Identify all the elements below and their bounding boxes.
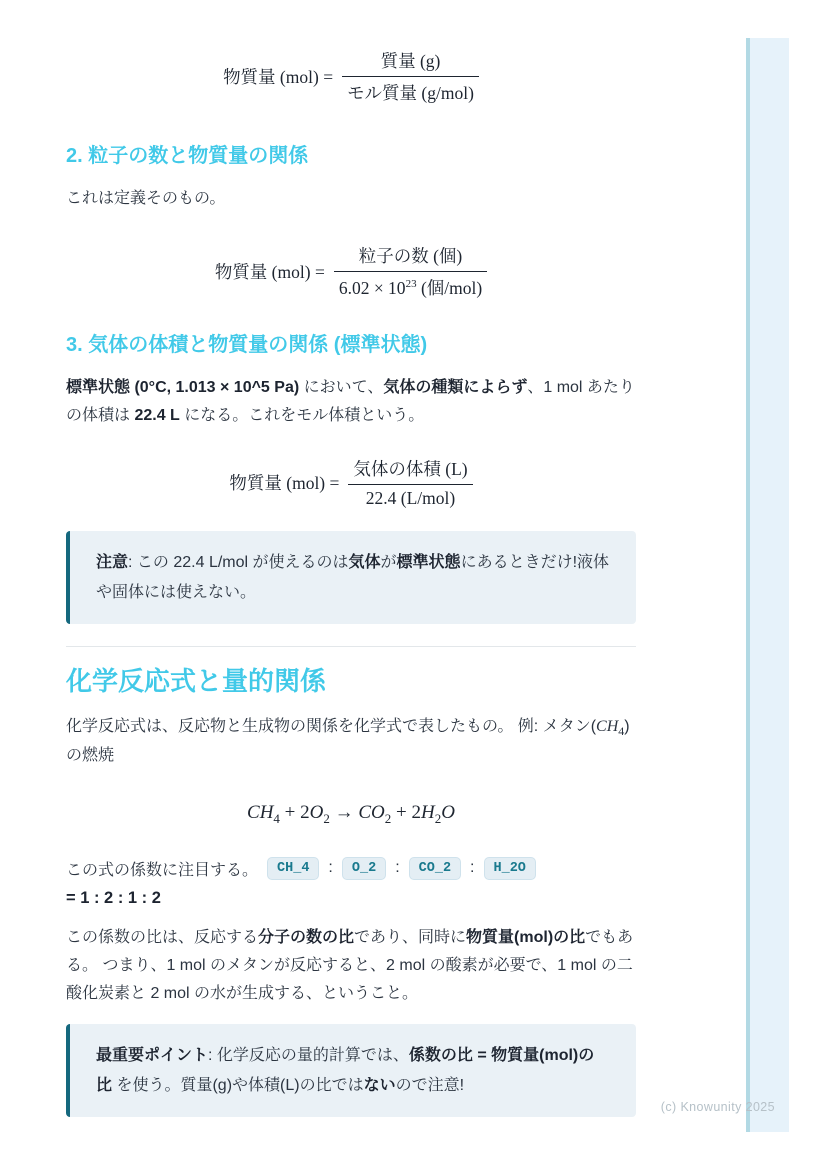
callout-key-point: 最重要ポイント: 化学反応の量的計算では、係数の比 = 物質量(mol)の比 を… <box>66 1024 636 1117</box>
formula-particles: 物質量 (mol) = 粒子の数 (個) 6.02 × 1023 (個/mol) <box>66 243 636 300</box>
section-heading-gas-volume: 3. 気体の体積と物質量の関係 (標準状態) <box>66 332 636 358</box>
numerator: 粒子の数 (個) <box>334 243 487 271</box>
callout-note: 注意: この 22.4 L/mol が使えるのは気体が標準状態にあるときだけ!液… <box>66 531 636 624</box>
formula-mass: 物質量 (mol) = 質量 (g) モル質量 (g/mol) <box>66 48 636 105</box>
footer-copyright: (c) Knowunity 2025 <box>661 1100 775 1114</box>
callout-note-text: 注意: この 22.4 L/mol が使えるのは気体が標準状態にあるときだけ!液… <box>96 548 610 607</box>
denominator: 6.02 × 1023 (個/mol) <box>334 271 487 300</box>
formula-lhs: 物質量 (mol) = <box>215 259 325 284</box>
fraction: 粒子の数 (個) 6.02 × 1023 (個/mol) <box>334 243 487 300</box>
code-badge-ch4: CH_4 <box>267 857 319 880</box>
callout-label: 注意 <box>96 554 128 571</box>
denominator: モル質量 (g/mol) <box>342 76 479 105</box>
formula-gas-volume: 物質量 (mol) = 気体の体積 (L) 22.4 (L/mol) <box>66 456 636 509</box>
ratio-separator: : <box>470 859 474 877</box>
paragraph-ratio-explanation: この係数の比は、反応する分子の数の比であり、同時に物質量(mol)の比でもある。… <box>66 924 636 1008</box>
numerator: 質量 (g) <box>342 48 479 76</box>
arrow-glyph: → <box>330 802 359 823</box>
callout-label: 最重要ポイント <box>96 1047 208 1064</box>
chemical-equation: CH4 + 2O2 → CO2 + 2H2O <box>66 802 636 827</box>
code-badge-co2: CO_2 <box>409 857 461 880</box>
paragraph-definition: これは定義そのもの。 <box>66 185 636 213</box>
page-heading-reaction: 化学反応式と量的関係 <box>66 665 636 699</box>
ratio-separator: : <box>328 859 332 877</box>
ratio-result: = 1 : 2 : 1 : 2 <box>66 889 161 908</box>
ratio-separator: : <box>395 859 399 877</box>
paragraph-standard-state: 標準状態 (0°C, 1.013 × 10^5 Pa) において、気体の種類によ… <box>66 374 636 430</box>
formula-lhs: 物質量 (mol) = <box>229 470 339 495</box>
denominator: 22.4 (L/mol) <box>348 484 472 509</box>
formula-lhs: 物質量 (mol) = <box>223 64 333 89</box>
fraction: 気体の体積 (L) 22.4 (L/mol) <box>348 456 472 509</box>
document-content: 物質量 (mol) = 質量 (g) モル質量 (g/mol) 2. 粒子の数と… <box>66 0 636 1117</box>
code-badge-h2o: H_2O <box>484 857 536 880</box>
fraction: 質量 (g) モル質量 (g/mol) <box>342 48 479 105</box>
numerator: 気体の体積 (L) <box>348 456 472 484</box>
coefficient-line: この式の係数に注目する。 CH_4 : O_2 : CO_2 : H_2O = … <box>66 857 636 908</box>
right-edge-decoration <box>746 38 789 1132</box>
inline-formula-methane: CH4 <box>596 718 624 735</box>
section-heading-particles: 2. 粒子の数と物質量の関係 <box>66 143 636 169</box>
paragraph-reaction-intro: 化学反応式は、反応物と生成物の関係を化学式で表したもの。 例: メタン(CH4)… <box>66 713 636 770</box>
coefficient-lead-text: この式の係数に注目する。 <box>66 857 258 880</box>
code-badge-o2: O_2 <box>342 857 386 880</box>
section-divider <box>66 646 636 647</box>
callout-key-point-text: 最重要ポイント: 化学反応の量的計算では、係数の比 = 物質量(mol)の比 を… <box>96 1041 610 1100</box>
exponent: 23 <box>406 278 417 290</box>
